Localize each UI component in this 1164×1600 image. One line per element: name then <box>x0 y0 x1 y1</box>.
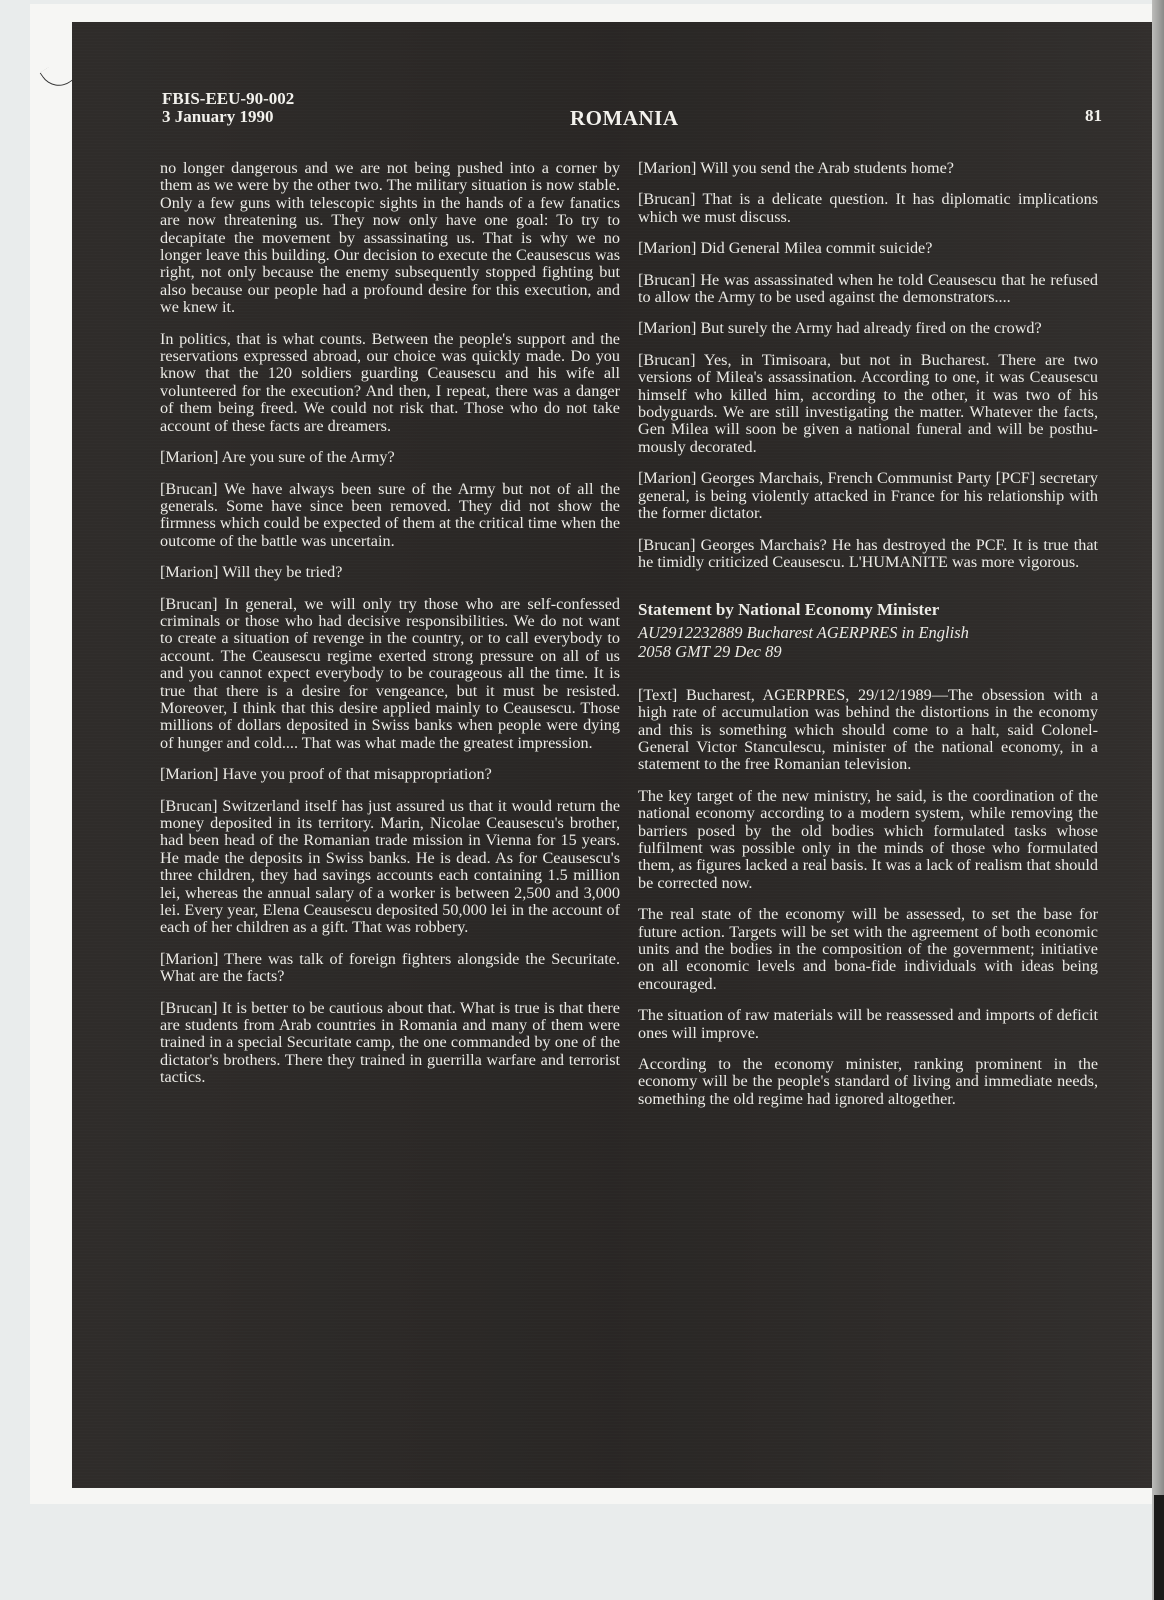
page-number: 81 <box>1085 106 1102 126</box>
article-paragraph: The key target of the new ministry, he s… <box>638 788 1098 892</box>
answer-paragraph: [Brucan] We have always been sure of the… <box>160 481 620 551</box>
answer-paragraph: [Brucan] Switzerland itself has just ass… <box>160 798 620 937</box>
document-page: FBIS-EEU-90-002 3 January 1990 ROMANIA 8… <box>72 22 1152 1488</box>
question-paragraph: [Marion] Are you sure of the Army? <box>160 449 620 466</box>
answer-paragraph: [Brucan] Georges Marchais? He has destro… <box>638 537 1098 572</box>
article-section: Statement by National Economy Minister A… <box>638 601 1098 1108</box>
article-paragraph: [Text] Bucharest, AGERPRES, 29/12/1989—T… <box>638 687 1098 774</box>
article-paragraph: The real state of the economy will be as… <box>638 906 1098 993</box>
document-id: FBIS-EEU-90-002 <box>162 90 294 108</box>
answer-paragraph: [Brucan] Yes, in Timisoara, but not in B… <box>638 352 1098 456</box>
answer-paragraph: [Brucan] In general, we will only try th… <box>160 596 620 753</box>
page-header: FBIS-EEU-90-002 3 January 1990 ROMANIA 8… <box>162 90 1082 150</box>
question-paragraph: [Marion] But surely the Army had already… <box>638 320 1098 337</box>
question-paragraph: [Marion] Georges Marchais, French Commun… <box>638 470 1098 522</box>
paragraph: In politics, that is what counts. Betwee… <box>160 331 620 435</box>
question-paragraph: [Marion] Have you proof of that misappro… <box>160 766 620 783</box>
document-date: 3 January 1990 <box>162 108 294 126</box>
question-paragraph: [Marion] Will you send the Arab students… <box>638 160 1098 177</box>
answer-paragraph: [Brucan] He was assassinated when he tol… <box>638 272 1098 307</box>
answer-paragraph: [Brucan] That is a delicate question. It… <box>638 191 1098 226</box>
article-source: AU2912232889 Bucharest AGERPRES in Engli… <box>638 623 1098 661</box>
question-paragraph: [Marion] There was talk of foreign fight… <box>160 951 620 986</box>
article-paragraph: The situation of raw materials will be r… <box>638 1007 1098 1042</box>
article-paragraph: According to the economy minister, ranki… <box>638 1056 1098 1108</box>
article-source-line: 2058 GMT 29 Dec 89 <box>638 642 1098 661</box>
header-left: FBIS-EEU-90-002 3 January 1990 <box>162 90 294 126</box>
question-paragraph: [Marion] Did General Milea commit suicid… <box>638 240 1098 257</box>
scanner-edge-dark <box>1154 1495 1164 1600</box>
section-heading: ROMANIA <box>570 106 679 131</box>
right-column: [Marion] Will you send the Arab students… <box>638 160 1098 1122</box>
scanner-edge-strip <box>1152 0 1164 1600</box>
article-source-line: AU2912232889 Bucharest AGERPRES in Engli… <box>638 623 1098 642</box>
answer-paragraph: [Brucan] It is better to be cautious abo… <box>160 1000 620 1087</box>
article-title: Statement by National Economy Minister <box>638 601 1098 618</box>
left-column: no longer dangerous and we are not being… <box>160 160 620 1101</box>
question-paragraph: [Marion] Will they be tried? <box>160 564 620 581</box>
paragraph: no longer dangerous and we are not being… <box>160 160 620 317</box>
